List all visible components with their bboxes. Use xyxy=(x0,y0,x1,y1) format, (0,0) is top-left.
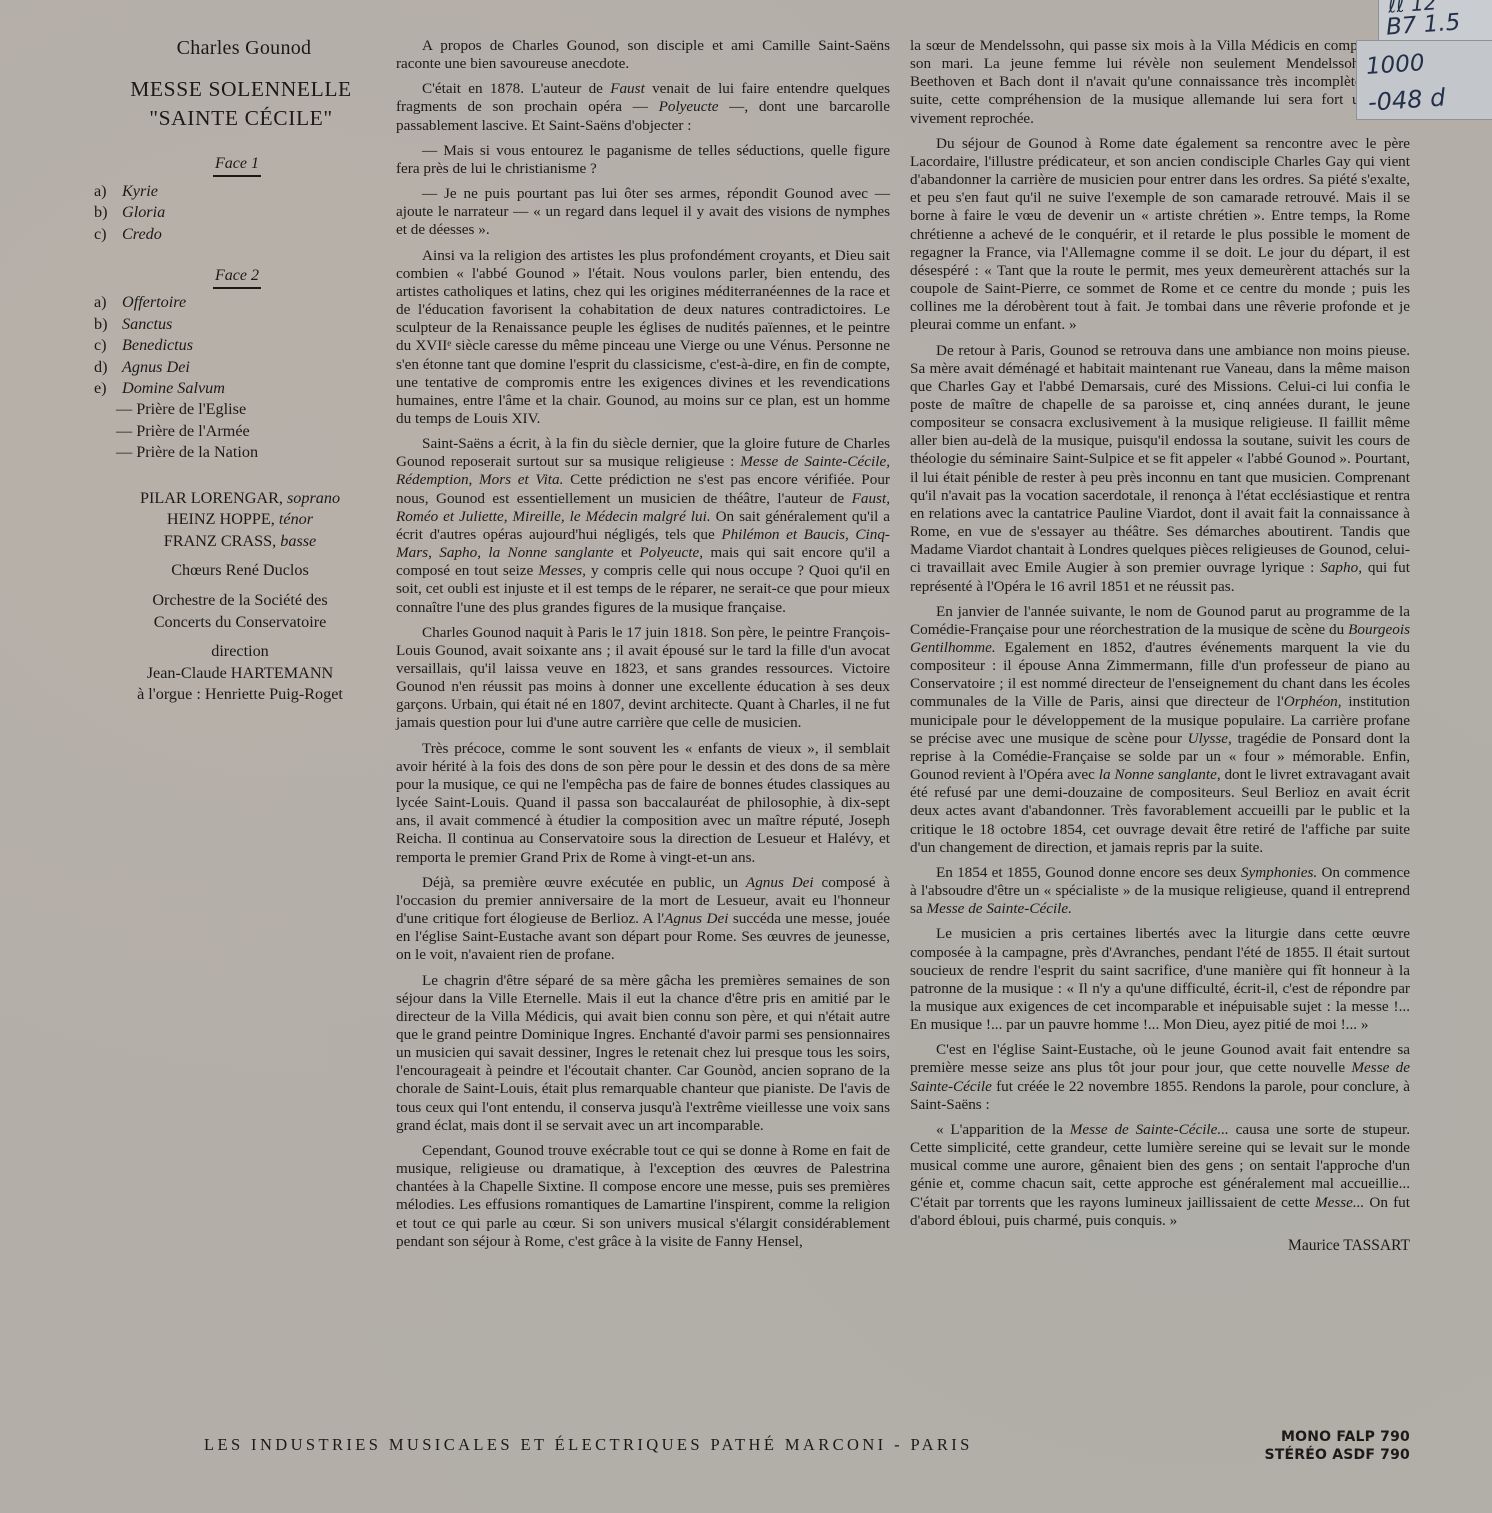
face-2-track: b)Sanctus xyxy=(94,314,366,335)
essay-paragraph: Saint-Saëns a écrit, à la fin du siècle … xyxy=(396,435,890,617)
soloist: HEINZ HOPPE, ténor xyxy=(114,509,366,531)
liner-notes-column-middle: A propos de Charles Gounod, son disciple… xyxy=(396,37,890,1258)
essay-paragraph: C'est en l'église Saint-Eustache, où le … xyxy=(910,1041,1410,1114)
essay-paragraph: De retour à Paris, Gounod se retrouva da… xyxy=(910,342,1410,596)
track-letter: a) xyxy=(94,292,116,313)
publisher-label: LES INDUSTRIES MUSICALES ET ÉLECTRIQUES … xyxy=(204,1435,973,1455)
prayer-item: Prière de l'Eglise xyxy=(116,399,366,420)
conductor: Jean-Claude HARTEMANN xyxy=(114,663,366,685)
track-letter: b) xyxy=(94,314,116,335)
essay-paragraph: la sœur de Mendelssohn, qui passe six mo… xyxy=(910,37,1410,128)
track-letter: e) xyxy=(94,378,116,399)
orchestra-line-2: Concerts du Conservatoire xyxy=(114,612,366,634)
soloist: FRANZ CRASS, basse xyxy=(114,531,366,553)
prayer-item: Prière de la Nation xyxy=(116,442,366,463)
track-letter: d) xyxy=(94,357,116,378)
mono-catalog-number: MONO FALP 790 xyxy=(1264,1428,1410,1446)
soloists: PILAR LORENGAR, sopranoHEINZ HOPPE, téno… xyxy=(114,488,366,553)
track-title: Gloria xyxy=(122,202,165,223)
soloist: PILAR LORENGAR, soprano xyxy=(114,488,366,510)
track-letter: c) xyxy=(94,335,116,356)
stereo-catalog-number: STÉRÉO ASDF 790 xyxy=(1264,1446,1410,1464)
essay-paragraph: Cependant, Gounod trouve exécrable tout … xyxy=(396,1142,890,1251)
track-letter: a) xyxy=(94,181,116,202)
face-2-track: c)Benedictus xyxy=(94,335,366,356)
essay-paragraph: Le chagrin d'être séparé de sa mère gâch… xyxy=(396,972,890,1135)
track-title: Benedictus xyxy=(122,335,193,356)
track-title: Domine Salvum xyxy=(122,378,225,399)
essay-paragraph: En 1854 et 1855, Gounod donne encore ses… xyxy=(910,864,1410,918)
work-title-line-2: "SAINTE CÉCILE" xyxy=(94,104,366,133)
face-2-track: d)Agnus Dei xyxy=(94,357,366,378)
track-title: Sanctus xyxy=(122,314,172,335)
composer-name: Charles Gounod xyxy=(94,38,366,59)
handwritten-note-3: 1000 xyxy=(1365,50,1425,80)
domine-salvum-prayers: Prière de l'EglisePrière de l'ArméePrièr… xyxy=(94,399,366,463)
liner-notes-column-right: la sœur de Mendelssohn, qui passe six mo… xyxy=(910,37,1410,1255)
track-title: Kyrie xyxy=(122,181,158,202)
essay-paragraph: En janvier de l'année suivante, le nom d… xyxy=(910,603,1410,857)
prayer-item: Prière de l'Armée xyxy=(116,421,366,442)
essay-paragraph: Le musicien a pris certaines libertés av… xyxy=(910,925,1410,1034)
essay-paragraph: Ainsi va la religion des artistes les pl… xyxy=(396,247,890,429)
catalog-numbers: MONO FALP 790 STÉRÉO ASDF 790 xyxy=(1264,1428,1410,1464)
direction-label: direction xyxy=(114,641,366,663)
face-2-track: e)Domine Salvum xyxy=(94,378,366,399)
face-1-track: b)Gloria xyxy=(94,202,366,223)
credits-column: Charles Gounod MESSE SOLENNELLE "SAINTE … xyxy=(94,38,366,706)
handwritten-note-2: B7 1.5 xyxy=(1385,9,1461,40)
record-back-cover: Charles Gounod MESSE SOLENNELLE "SAINTE … xyxy=(0,0,1492,1513)
work-title-line-1: MESSE SOLENNELLE xyxy=(94,75,366,104)
face-2-track: a)Offertoire xyxy=(94,292,366,313)
face-1-tracklist: a)Kyrieb)Gloriac)Credo xyxy=(94,181,366,245)
track-title: Credo xyxy=(122,224,162,245)
essay-paragraph: Du séjour de Gounod à Rome date égalemen… xyxy=(910,135,1410,335)
face-1-heading: Face 1 xyxy=(94,153,366,174)
essay-paragraph: C'était en 1878. L'auteur de Faust venai… xyxy=(396,80,890,134)
essay-paragraph: A propos de Charles Gounod, son disciple… xyxy=(396,37,890,73)
face-2-tracklist: a)Offertoireb)Sanctusc)Benedictusd)Agnus… xyxy=(94,292,366,399)
handwritten-note-4: -048 d xyxy=(1367,83,1446,116)
essay-paragraph: Très précoce, comme le sont souvent les … xyxy=(396,740,890,867)
organist: à l'orgue : Henriette Puig-Roget xyxy=(114,684,366,706)
chorus: Chœurs René Duclos xyxy=(114,560,366,582)
face-1-track: c)Credo xyxy=(94,224,366,245)
essay-paragraph: « L'apparition de la Messe de Sainte-Céc… xyxy=(910,1121,1410,1230)
track-letter: c) xyxy=(94,224,116,245)
essay-paragraph: Déjà, sa première œuvre exécutée en publ… xyxy=(396,874,890,965)
track-title: Offertoire xyxy=(122,292,186,313)
performers-block: PILAR LORENGAR, sopranoHEINZ HOPPE, téno… xyxy=(94,488,366,706)
author-signature: Maurice TASSART xyxy=(910,1237,1410,1255)
track-title: Agnus Dei xyxy=(122,357,190,378)
track-letter: b) xyxy=(94,202,116,223)
essay-paragraph: Charles Gounod naquit à Paris le 17 juin… xyxy=(396,624,890,733)
face-2-heading: Face 2 xyxy=(94,265,366,286)
essay-paragraph: — Mais si vous entourez le paganisme de … xyxy=(396,142,890,178)
essay-paragraph: — Je ne puis pourtant pas lui ôter ses a… xyxy=(396,185,890,239)
face-1-track: a)Kyrie xyxy=(94,181,366,202)
orchestra-line-1: Orchestre de la Société des xyxy=(114,590,366,612)
